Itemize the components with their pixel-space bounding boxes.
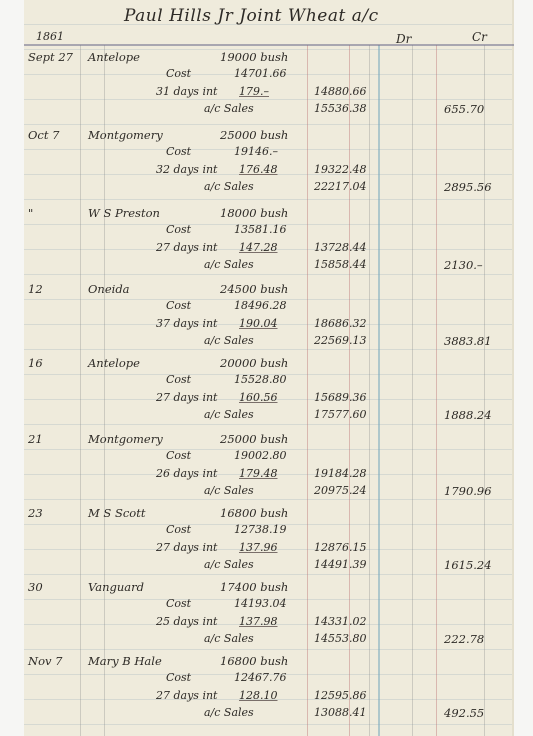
entry-date: 21 [28, 432, 43, 446]
entry-quantity: 25000 bush [220, 432, 288, 446]
credit-column-header: Cr [472, 30, 487, 44]
credit-value: 492.55 [444, 706, 484, 720]
cost-label: Cost [166, 145, 191, 158]
entry-quantity: 17400 bush [220, 580, 288, 594]
sales-value: 15858.44 [314, 258, 367, 271]
interest-value: 179.– [239, 85, 269, 98]
interest-label: 26 days int [156, 467, 217, 480]
sales-label: a/c Sales [204, 258, 254, 271]
credit-value: 2130.– [444, 258, 483, 272]
cost-label: Cost [166, 449, 191, 462]
cost-value: 12467.76 [234, 671, 287, 684]
ledger-page: Paul Hills Jr Joint Wheat a/c 1861 Dr Cr… [24, 0, 514, 736]
cost-label: Cost [166, 67, 191, 80]
cost-label: Cost [166, 671, 191, 684]
credit-value: 1615.24 [444, 558, 492, 572]
column-rule [80, 45, 81, 736]
entry-quantity: 18000 bush [220, 206, 288, 220]
cost-value: 14701.66 [234, 67, 287, 80]
entry-quantity: 19000 bush [220, 50, 288, 64]
sales-value: 14491.39 [314, 558, 367, 571]
ledger-title: Paul Hills Jr Joint Wheat a/c [124, 6, 379, 26]
cost-value: 19146.– [234, 145, 278, 158]
entry-date: 16 [28, 356, 43, 370]
credit-value: 2895.56 [444, 180, 492, 194]
cost-value: 12738.19 [234, 523, 287, 536]
sales-value: 15536.38 [314, 102, 367, 115]
entry-date: 12 [28, 282, 43, 296]
sales-value: 20975.24 [314, 484, 367, 497]
entry-date: " [28, 206, 33, 220]
entry-vessel: Montgomery [88, 128, 163, 142]
cost-value: 13581.16 [234, 223, 287, 236]
subtotal-value: 15689.36 [314, 391, 367, 404]
subtotal-value: 12876.15 [314, 541, 367, 554]
entry-date: Oct 7 [28, 128, 59, 142]
interest-label: 27 days int [156, 241, 217, 254]
sales-label: a/c Sales [204, 102, 254, 115]
cost-label: Cost [166, 299, 191, 312]
subtotal-value: 19322.48 [314, 163, 367, 176]
column-rule [412, 45, 413, 736]
entry-vessel: Mary B Hale [88, 654, 162, 668]
entry-vessel: Vanguard [88, 580, 144, 594]
interest-label: 27 days int [156, 689, 217, 702]
header-rule [24, 44, 514, 46]
credit-value: 1790.96 [444, 484, 492, 498]
entry-quantity: 16800 bush [220, 506, 288, 520]
column-rule [436, 45, 437, 736]
cost-label: Cost [166, 523, 191, 536]
cost-value: 15528.80 [234, 373, 287, 386]
debit-column-header: Dr [396, 32, 411, 46]
column-rule [307, 45, 308, 736]
subtotal-value: 14331.02 [314, 615, 367, 628]
interest-label: 31 days int [156, 85, 217, 98]
entry-vessel: Montgomery [88, 432, 163, 446]
interest-value: 176.48 [239, 163, 278, 176]
entry-date: Sept 27 [28, 50, 73, 64]
entry-vessel: Antelope [88, 356, 140, 370]
interest-value: 147.28 [239, 241, 278, 254]
interest-value: 137.98 [239, 615, 278, 628]
subtotal-value: 18686.32 [314, 317, 367, 330]
interest-label: 27 days int [156, 391, 217, 404]
sales-value: 13088.41 [314, 706, 367, 719]
entry-vessel: Oneida [88, 282, 130, 296]
sales-label: a/c Sales [204, 180, 254, 193]
interest-value: 128.10 [239, 689, 278, 702]
entry-vessel: Antelope [88, 50, 140, 64]
interest-value: 160.56 [239, 391, 278, 404]
cost-value: 19002.80 [234, 449, 287, 462]
subtotal-value: 13728.44 [314, 241, 367, 254]
entry-quantity: 20000 bush [220, 356, 288, 370]
entry-date: Nov 7 [28, 654, 62, 668]
cost-label: Cost [166, 597, 191, 610]
column-rule [104, 45, 105, 736]
credit-value: 222.78 [444, 632, 484, 646]
interest-label: 32 days int [156, 163, 217, 176]
column-rule [378, 45, 380, 736]
sales-label: a/c Sales [204, 706, 254, 719]
cost-value: 14193.04 [234, 597, 287, 610]
credit-value: 1888.24 [444, 408, 492, 422]
subtotal-value: 19184.28 [314, 467, 367, 480]
sales-value: 22569.13 [314, 334, 367, 347]
sales-label: a/c Sales [204, 632, 254, 645]
entry-vessel: M S Scott [88, 506, 145, 520]
cost-label: Cost [166, 223, 191, 236]
sales-value: 14553.80 [314, 632, 367, 645]
cost-value: 18496.28 [234, 299, 287, 312]
sales-label: a/c Sales [204, 408, 254, 421]
entry-quantity: 24500 bush [220, 282, 288, 296]
sales-label: a/c Sales [204, 334, 254, 347]
column-rule [369, 45, 370, 736]
subtotal-value: 12595.86 [314, 689, 367, 702]
subtotal-value: 14880.66 [314, 85, 367, 98]
interest-value: 179.48 [239, 467, 278, 480]
cost-label: Cost [166, 373, 191, 386]
entry-quantity: 25000 bush [220, 128, 288, 142]
sales-value: 17577.60 [314, 408, 367, 421]
interest-label: 37 days int [156, 317, 217, 330]
credit-value: 3883.81 [444, 334, 492, 348]
interest-label: 27 days int [156, 541, 217, 554]
ledger-year: 1861 [36, 30, 64, 43]
interest-value: 190.04 [239, 317, 278, 330]
entry-quantity: 16800 bush [220, 654, 288, 668]
interest-label: 25 days int [156, 615, 217, 628]
interest-value: 137.96 [239, 541, 278, 554]
credit-value: 655.70 [444, 102, 484, 116]
sales-label: a/c Sales [204, 484, 254, 497]
entry-date: 30 [28, 580, 43, 594]
entry-vessel: W S Preston [88, 206, 160, 220]
sales-value: 22217.04 [314, 180, 367, 193]
sales-label: a/c Sales [204, 558, 254, 571]
entry-date: 23 [28, 506, 43, 520]
